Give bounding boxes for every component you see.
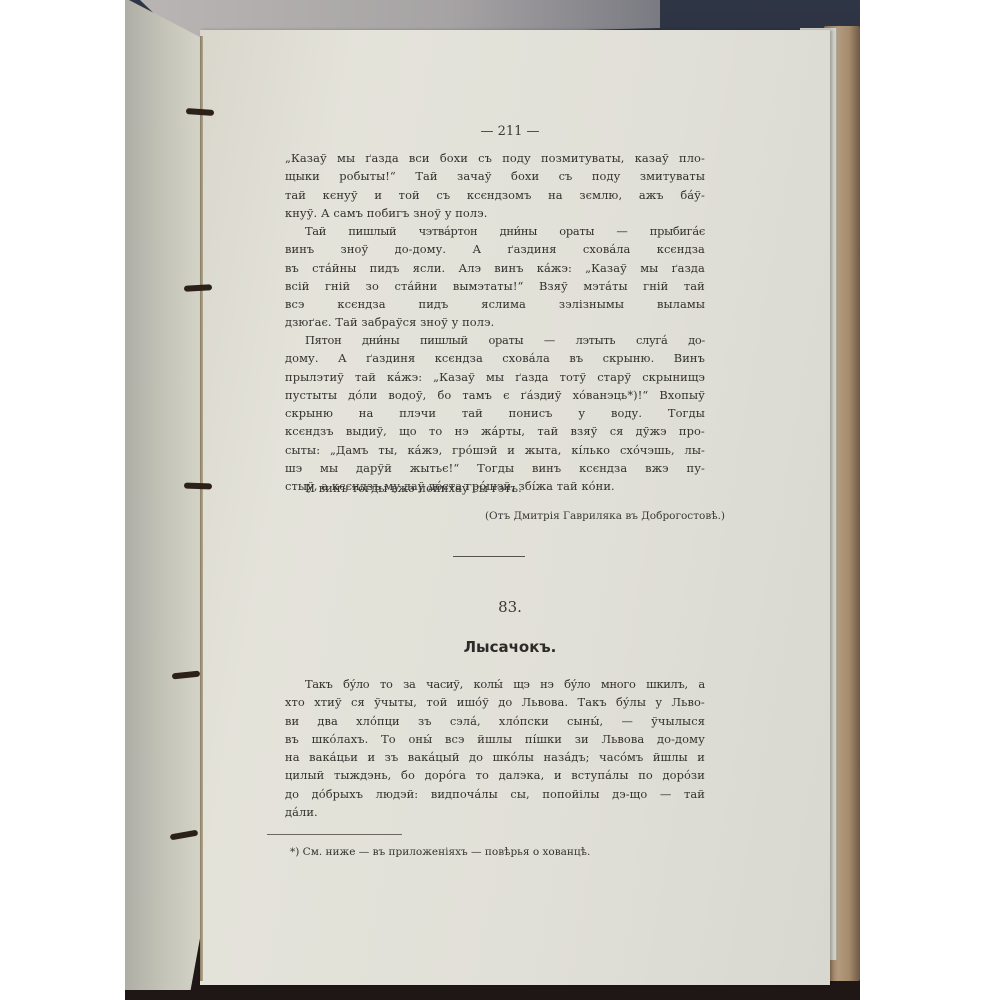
text-line: И винъ тогды вжэ пойихаў сы гэтъ. <box>285 479 522 497</box>
text-line: прылэтиўтайкáжэ:„Казаўмыґаздатотўстарўск… <box>285 368 705 386</box>
text-line: „Казаўмыґаздавсибохисъподупозмитуваты,ка… <box>285 149 705 167</box>
text-line: пустытыдóливодоў,ботамъєґáздиўхóванэць*)… <box>285 386 705 404</box>
text-line: додóбрыхълюдэй:видпочáлысы,попойілыдэ-що… <box>285 785 705 803</box>
text-line: хтохтиўсяўчыты,тойишóўдоЛьвова.Такъбýлыу… <box>285 693 705 711</box>
paragraph: Пятондни́ныпишлыйораты—лэтытьслугáдо- до… <box>285 331 705 496</box>
text-line: въшкóлахъ.Тооны́всэйшлыпíшкизиЛьвовадо-д… <box>285 730 705 748</box>
text-line: дáли. <box>285 803 705 821</box>
footnote: *) См. ниже — въ приложеніяхъ — повѣрья … <box>290 846 690 858</box>
section-divider <box>453 556 525 557</box>
text-line: Пятондни́ныпишлыйораты—лэтытьслугáдо- <box>285 331 705 349</box>
text-line: тайкєнуўитойсъксєндзомъназємлю,ажъбáў- <box>285 186 705 204</box>
photo-scene: — 211 — „Казаўмыґаздавсибохисъподупозмит… <box>0 0 1000 1000</box>
text-line: всэксєндзапидъяслимазэлізнымывылaмы <box>285 295 705 313</box>
text-line: дому.Аґаздиняксєндзасховáлавъскрыню.Винъ <box>285 349 705 367</box>
binding-stitch <box>184 483 212 490</box>
left-page <box>125 0 205 990</box>
text-line: Такъбýлотозачасиў,колы́щэнэбýломногошкил… <box>285 675 705 693</box>
text-line: шэмыдарўйжытьє!“Тогдывинъксєндзавжэпу- <box>285 459 705 477</box>
story-title: Лысачокъ. <box>410 638 610 656</box>
text-line: ксєндзъвыдиў,щотонэжáрты,тайвзяўсядўжэпр… <box>285 422 705 440</box>
text-line: цилыйтыждэнь,бодорóгатодалэка,ивступáлып… <box>285 766 705 784</box>
text-line: дзюґає. Тай забраўся зноў у полэ. <box>285 313 705 331</box>
text-line: Тайпишлыйчэтвáртондни́ныораты—прыбигáє <box>285 222 705 240</box>
page-number: — 211 — <box>455 124 565 139</box>
paragraph: Тайпишлыйчэтвáртондни́ныораты—прыбигáє в… <box>285 222 705 332</box>
text-line: скрынюнаплэчитайпонисъуводу.Тогды <box>285 404 705 422</box>
paragraph: Такъбýлотозачасиў,колы́щэнэбýломногошкил… <box>285 675 705 821</box>
story-attribution: (Отъ Дмитрія Гавриляка въ Доброгостовѣ.) <box>455 510 725 522</box>
text-line: винъзноўдо-дому.Аґаздинясховáлаксєндза <box>285 240 705 258</box>
text-line: щыкиробыты!“Тайзачаўбохисъподузмитуваты <box>285 167 705 185</box>
text-line: видвахлóпцизъсэлá,хлóпскисыны́,—ўчылыся <box>285 712 705 730</box>
footnote-rule <box>267 834 402 835</box>
story-number: 83. <box>455 598 565 616</box>
paragraph: „Казаўмыґаздавсибохисъподупозмитуваты,ка… <box>285 149 705 222</box>
text-line: кнуў. А самъ побигъ зноў у полэ. <box>285 204 705 222</box>
binding-gutter <box>200 36 203 981</box>
text-line: всійгнійзостáйнивымэтаты!“Взяўмэтáтыгній… <box>285 277 705 295</box>
text-line: навакáцьиизъвакáцыйдошкóлыназáдъ;часóмъй… <box>285 748 705 766</box>
text-line: сыты:„Дамъты,кáжэ,грóшэйижыта,кíлькосхóч… <box>285 441 705 459</box>
text-line: въстáйныпидъясли.Алэвинъкáжэ:„Казаўмыґаз… <box>285 259 705 277</box>
paragraph: И винъ тогды вжэ пойихаў сы гэтъ. <box>285 479 705 497</box>
